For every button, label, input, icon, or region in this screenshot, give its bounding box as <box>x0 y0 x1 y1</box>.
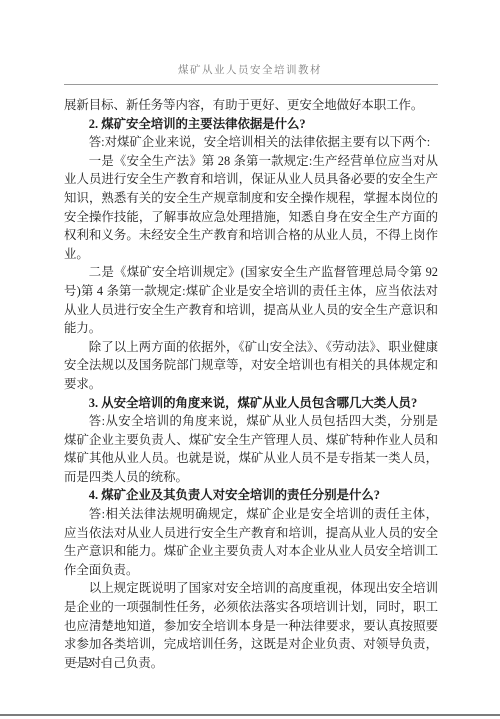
question-heading: 4. 煤矿企业及其负责人对安全培训的责任分别是什么? <box>64 486 438 505</box>
question-heading: 3. 从安全培训的角度来说，煤矿从业人员包含哪几大类人员? <box>64 394 438 413</box>
paragraph: 除了以上两方面的依据外，《矿山安全法》、《劳动法》、职业健康安全法规以及国务院部… <box>64 338 438 394</box>
header-rule <box>64 84 438 85</box>
page: 煤矿从业人员安全培训教材 展新目标、新任务等内容，有助于更好、更安全地做好本职工… <box>0 0 500 719</box>
paragraph: 答:从安全培训的角度来说，煤矿从业人员包括四大类，分别是煤矿企业主要负责人、煤矿… <box>64 412 438 486</box>
bottom-edge-line <box>0 714 500 716</box>
body-text: 展新目标、新任务等内容，有助于更好、更安全地做好本职工作。2. 煤矿安全培训的主… <box>64 96 438 672</box>
question-heading: 2. 煤矿安全培训的主要法律依据是什么? <box>64 115 438 134</box>
paragraph: 答:相关法律法规明确规定，煤矿企业是安全培训的责任主体，应当依法对从业人员进行安… <box>64 505 438 579</box>
paragraph: 以上规定既说明了国家对安全培训的高度重视，体现出安全培训是企业的一项强制性任务，… <box>64 579 438 672</box>
paragraph: 展新目标、新任务等内容，有助于更好、更安全地做好本职工作。 <box>64 96 438 115</box>
paragraph: 答:对煤矿企业来说，安全培训相关的法律依据主要有以下两个: <box>64 133 438 152</box>
running-header: 煤矿从业人员安全培训教材 <box>0 62 500 77</box>
paragraph: 二是《煤矿安全培训规定》(国家安全生产监督管理总局令第 92 号)第 4 条第一… <box>64 263 438 337</box>
paragraph: 一是《安全生产法》第 28 条第一款规定:生产经营单位应当对从业人员进行安全生产… <box>64 152 438 264</box>
page-number: · 2 · <box>74 655 107 670</box>
